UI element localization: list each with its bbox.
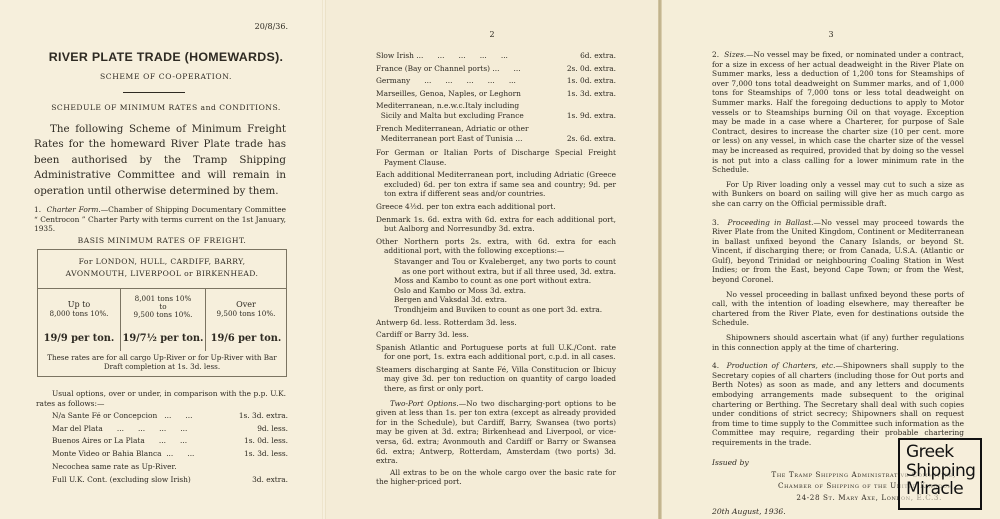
options-list: N/a Sante Fé or Concepcion ... ...1s. 3d… <box>52 410 288 486</box>
rate-column-8001-9500: 8,001 tons 10% to 9,500 tons 10%. 19/7½ … <box>120 289 206 351</box>
intro-paragraph: The following Scheme of Minimum Freight … <box>34 122 286 199</box>
note-paragraph: Other Northern ports 2s. extra, with 6d.… <box>376 237 616 256</box>
watermark-logo: Greek Shipping Miracle <box>898 438 982 510</box>
schedule-label: Germany ... ... ... ... ... <box>376 75 516 88</box>
schedule-heading: SCHEDULE OF MINIMUM RATES and CONDITIONS… <box>36 103 296 112</box>
schedule-row: Germany ... ... ... ... ...1s. 0d. extra… <box>376 75 616 88</box>
note-paragraph: Antwerp 6d. less. Rotterdam 3d. less. <box>376 318 616 328</box>
two-port-text: —No two discharging-port options to be g… <box>376 399 616 466</box>
two-port-heading: Two-Port Options. <box>390 399 459 408</box>
exception-item: Oslo and Kambo or Moss 3d. extra. <box>376 286 616 296</box>
note-paragraph: Denmark 1s. 6d. extra with 6d. extra for… <box>376 215 616 234</box>
exception-item: Trondhjeim and Buviken to count as one p… <box>376 305 616 315</box>
document-subtitle: SCHEME OF CO-OPERATION. <box>36 72 296 81</box>
clause-heading: Sizes. <box>724 50 746 59</box>
schedule-label: French Mediterranean, Adriatic or other <box>376 124 616 134</box>
clause-heading: Production of Charters, etc. <box>727 361 836 370</box>
tonnage-range: 9,500 tons 10%. <box>121 311 205 319</box>
note-paragraph: Cardiff or Barry 3d. less. <box>376 330 616 340</box>
schedule-row: France (Bay or Channel ports) ... ...2s.… <box>376 63 616 76</box>
option-label: N/a Sante Fé or Concepcion ... ... <box>52 410 192 423</box>
rate-column-up-to-8000: Up to 8,000 tons 10%. 19/9 per ton. <box>38 289 120 351</box>
all-extras-note: All extras to be on the whole cargo over… <box>376 468 616 487</box>
schedule-value: 1s. 9d. extra. <box>567 111 616 121</box>
usual-options-intro: Usual options, over or under, in compari… <box>36 389 286 408</box>
no-vessel-paragraph: No vessel proceeding in ballast unfixed … <box>712 290 964 328</box>
document-title: RIVER PLATE TRADE (HOMEWARDS). <box>36 50 296 64</box>
rate-price: 19/6 per ton. <box>205 333 287 344</box>
watermark-line: Shipping <box>906 462 980 481</box>
sizes-clause: 2. Sizes.—No vessel may be fixed, or nom… <box>712 50 964 175</box>
exception-item: Moss and Kambo to count as one port with… <box>376 276 616 286</box>
option-value: 1s. 3d. extra. <box>239 410 288 423</box>
option-label: Mar del Plata ... ... ... ... <box>52 423 187 436</box>
option-value: 1s. 3d. less. <box>244 448 288 461</box>
schedule-value: 1s. 0d. extra. <box>567 75 616 88</box>
rate-price: 19/7½ per ton. <box>121 333 205 344</box>
up-river-paragraph: For Up River loading only a vessel may c… <box>712 180 964 209</box>
schedule-row: Mediterranean, n.e.w.c.Italy including S… <box>376 101 616 121</box>
page-1: 20/8/36. RIVER PLATE TRADE (HOMEWARDS). … <box>0 0 322 519</box>
schedule-row: Marseilles, Genoa, Naples, or Leghorn1s.… <box>376 88 616 101</box>
production-clause: 4. Production of Charters, etc.—Shipowne… <box>712 361 964 447</box>
note-paragraph: Steamers discharging at Sante Fé, Villa … <box>376 365 616 394</box>
schedule-value: 6d. extra. <box>580 50 616 63</box>
option-row: N/a Sante Fé or Concepcion ... ...1s. 3d… <box>52 410 288 423</box>
schedule-label: Slow Irish ... ... ... ... ... <box>376 50 508 63</box>
page-number: 2 <box>326 30 658 39</box>
option-row: Monte Video or Bahia Blanca ... ...1s. 3… <box>52 448 288 461</box>
clause-number: 1. <box>34 205 41 214</box>
clause-number: 2. <box>712 50 719 59</box>
clause-number: 3. <box>712 218 719 227</box>
rates-table-ports: For LONDON, HULL, CARDIFF, BARRY, AVONMO… <box>38 250 286 289</box>
schedule-label: Mediterranean, n.e.w.c.Italy including <box>376 101 616 111</box>
option-row: Necochea same rate as Up-River. <box>52 461 288 474</box>
option-value: 9d. less. <box>257 423 288 436</box>
clause-number: 4. <box>712 361 719 370</box>
tonnage-range: 8,000 tons 10%. <box>38 310 120 318</box>
option-row: Mar del Plata ... ... ... ...9d. less. <box>52 423 288 436</box>
minimum-rates-table: For LONDON, HULL, CARDIFF, BARRY, AVONMO… <box>37 249 287 377</box>
watermark-line: Miracle <box>906 480 980 499</box>
schedule-value: 2s. 6d. extra. <box>567 134 616 144</box>
page-number: 3 <box>662 30 1000 39</box>
clause-text: —Shipowners shall supply to the Secretar… <box>712 361 964 447</box>
note-paragraph: Spanish Atlantic and Portuguese ports at… <box>376 343 616 362</box>
schedule-value: 2s. 0d. extra. <box>567 63 616 76</box>
option-value: 1s. 0d. less. <box>244 435 288 448</box>
schedule-label: Mediterranean port East of Tunisia ... <box>376 134 522 144</box>
schedule-row: French Mediterranean, Adriatic or other … <box>376 124 616 144</box>
option-label: Necochea same rate as Up-River. <box>52 461 177 474</box>
two-port-options: Two-Port Options.—No two discharging-por… <box>376 399 616 466</box>
rate-column-over-9500: Over 9,500 tons 10%. 19/6 per ton. <box>205 289 287 351</box>
charter-form-clause: 1. Charter Form.—Chamber of Shipping Doc… <box>34 205 286 234</box>
rate-schedule: Slow Irish ... ... ... ... ...6d. extra.… <box>376 50 616 144</box>
schedule-notes: For German or Italian Ports of Discharge… <box>376 148 616 487</box>
rates-table-note: These rates are for all cargo Up-River o… <box>44 353 280 371</box>
option-row: Full U.K. Cont. (excluding slow Irish)3d… <box>52 474 288 487</box>
option-row: Buenos Aires or La Plata ... ...1s. 0d. … <box>52 435 288 448</box>
ports-line-2: AVONMOUTH, LIVERPOOL or BIRKENHEAD. <box>38 268 286 280</box>
page-2: 2 Slow Irish ... ... ... ... ...6d. extr… <box>326 0 658 519</box>
clause-text: —No vessel may be fixed, or nominated un… <box>712 50 964 174</box>
title-divider <box>123 92 185 93</box>
schedule-row: Slow Irish ... ... ... ... ...6d. extra. <box>376 50 616 63</box>
document-date: 20/8/36. <box>255 22 288 31</box>
note-paragraph: Greece 4½d. per ton extra each additiona… <box>376 202 616 212</box>
schedule-value: 1s. 3d. extra. <box>567 88 616 101</box>
schedule-label: Marseilles, Genoa, Naples, or Leghorn <box>376 88 521 101</box>
option-value: 3d. extra. <box>252 474 288 487</box>
schedule-label: France (Bay or Channel ports) ... ... <box>376 63 521 76</box>
basis-heading: BASIS MINIMUM RATES OF FREIGHT. <box>36 236 288 245</box>
tonnage-range: 9,500 tons 10%. <box>205 310 287 318</box>
ballast-clause: 3. Proceeding in Ballast.—No vessel may … <box>712 218 964 285</box>
note-paragraph: For German or Italian Ports of Discharge… <box>376 148 616 167</box>
option-label: Monte Video or Bahia Blanca ... ... <box>52 448 194 461</box>
shipowners-paragraph: Shipowners should ascertain what (if any… <box>712 333 964 352</box>
clause-heading: Proceeding in Ballast. <box>727 218 813 227</box>
option-label: Buenos Aires or La Plata ... ... <box>52 435 187 448</box>
watermark-line: Greek <box>906 443 980 462</box>
exception-item: Bergen and Vaksdal 3d. extra. <box>376 295 616 305</box>
clause-text: —No vessel may proceed towards the River… <box>712 218 964 285</box>
ports-line-1: For LONDON, HULL, CARDIFF, BARRY, <box>38 256 286 268</box>
exception-item: Stavanger and Tou or Kvaleberget, any tw… <box>376 257 616 276</box>
schedule-label: Sicily and Malta but excluding France <box>376 111 524 121</box>
rate-price: 19/9 per ton. <box>38 333 120 344</box>
note-paragraph: Each additional Mediterranean port, incl… <box>376 170 616 199</box>
clause-heading: Charter Form. <box>47 205 101 214</box>
option-label: Full U.K. Cont. (excluding slow Irish) <box>52 474 191 487</box>
